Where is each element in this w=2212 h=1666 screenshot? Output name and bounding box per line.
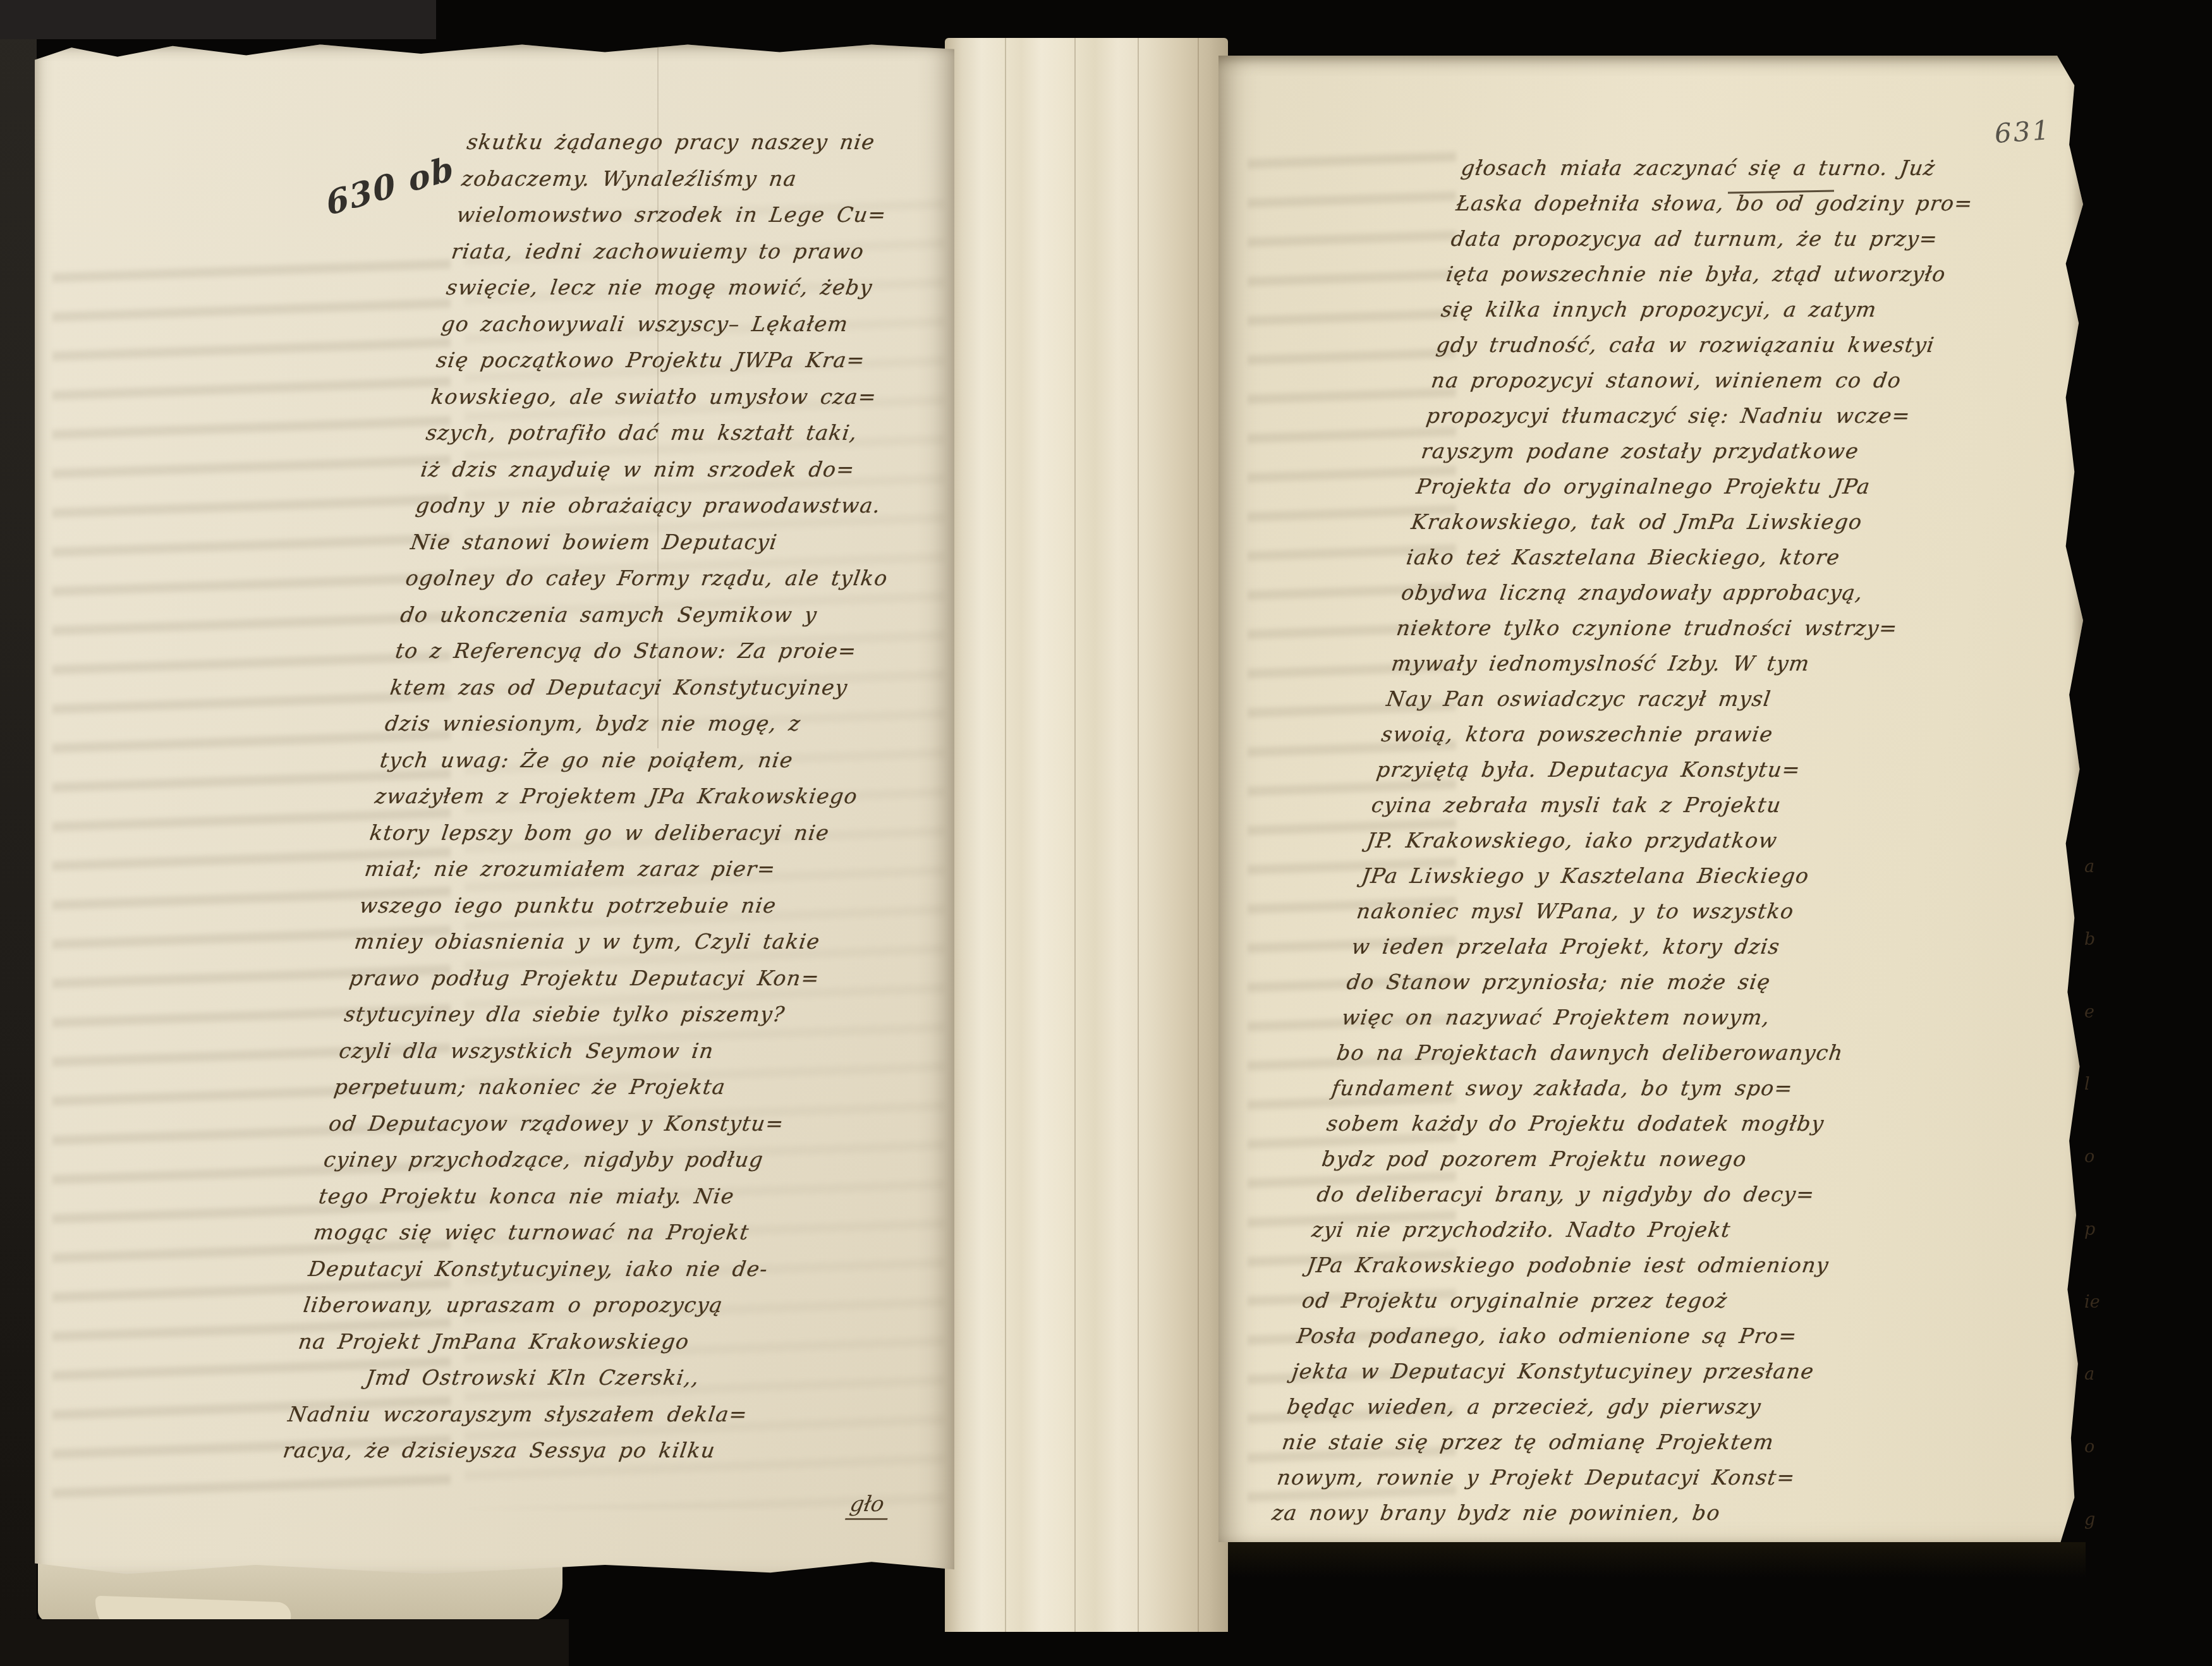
page-number-right: 631 [1993,114,2051,149]
text-line: niektore tylko czynione trudności wstrzy… [1394,611,2019,646]
text-line: ktem zas od Deputacyi Konstytucyiney [388,669,886,706]
text-line: zważyłem z Projektem JPa Krakowskiego [372,778,870,815]
letter-fragment: g [2084,1511,2095,1528]
text-line: na propozycyi stanowi, winienem co do [1429,363,2053,398]
scan-background-left-edge [0,0,37,1666]
text-line: Nie stanowi bowiem Deputacyi [408,524,906,561]
text-line: kowskiego, ale swiatło umysłow cza= [428,379,927,415]
text-line: rayszym podane zostały przydatkowe [1419,434,2043,469]
text-line: Nay Pan oswiadczyc raczył mysl [1384,681,2008,717]
text-line: cyina zebrała mysli tak z Projektu [1369,787,1993,823]
text-line: JP. Krakowskiego, iako przydatkow [1364,823,1989,858]
text-line: zobaczemy. Wynaleźliśmy na [459,161,957,197]
catchword: gło [845,1492,892,1520]
text-line: racya, że dzisieysza Sessya po kilku [281,1432,779,1469]
letter-fragment: o [2084,1148,2094,1165]
text-line: prawo podług Projektu Deputacyi Kon= [347,960,845,997]
gutter-fold-line [1074,38,1076,1632]
text-line: się początkowo Projektu JWPa Kra= [434,342,932,379]
text-line: skutku żądanego pracy naszey nie [465,124,963,161]
text-line: JPa Krakowskiego podobnie iest odmienion… [1304,1248,1929,1283]
text-line: czyli dla wszystkich Seymow in [337,1033,835,1069]
text-line: sobem każdy do Projektu dodatek mogłby [1325,1106,1949,1141]
text-line: do ukonczenia samych Seymikow y [398,597,896,633]
text-line: dzis wniesionym, bydz nie mogę, z [383,705,881,742]
bottom-page-edges [0,1619,569,1666]
text-line: bydz pod pozorem Projektu nowego [1320,1141,1944,1177]
text-line: mniey obiasnienia y w tym, Czyli takie [352,923,850,960]
text-line: wielomowstwo srzodek in Lege Cu= [454,197,952,233]
text-line: Projekta do oryginalnego Projektu JPa [1414,469,2038,504]
text-line: swoią, ktora powszechnie prawie [1379,717,2003,752]
text-line: obydwa liczną znaydowały approbacyą, [1399,575,2024,611]
text-line: miał; nie zrozumiałem zaraz pier= [362,851,860,887]
gutter-fold-line [1005,38,1006,1632]
text-line: stytucyiney dla siebie tylko piszemy? [342,996,840,1033]
text-line: od Projektu oryginalnie przez tegoż [1299,1283,1924,1318]
text-line: ięta powszechnie nie była, ztąd utworzył… [1444,257,2069,292]
book-scan: 630 ob skutku żądanego pracy naszey niez… [0,0,2212,1666]
text-line: iż dzis znayduię w nim srzodek do= [418,451,916,488]
text-line: Jmd Ostrowski Kln Czerski,, [291,1359,789,1396]
text-line: swięcie, lecz nie mogę mowić, żeby [444,269,942,306]
book-gutter [945,38,1228,1632]
text-line: głosach miała zaczynać się a turno. Już [1459,150,2083,186]
text-line: od Deputacyow rządowey y Konstytu= [327,1105,825,1142]
letter-fragment: a [2084,858,2094,875]
text-line: mogąc się więc turnować na Projekt [311,1214,809,1251]
letter-fragment: p [2084,1221,2095,1238]
text-line: Posła podanego, iako odmienione są Pro= [1294,1318,1919,1354]
text-line: do Stanow przyniosła; nie może się [1344,964,1969,1000]
text-line: perpetuum; nakoniec że Projekta [332,1069,830,1105]
letter-fragment: o [2084,1438,2094,1456]
left-page: 630 ob skutku żądanego pracy naszey niez… [35,43,954,1576]
text-line: cyiney przychodzące, nigdyby podług [322,1141,820,1178]
scan-background-top-left [0,0,436,39]
gutter-fold-line [1138,38,1139,1632]
text-line: bo na Projektach dawnych deliberowanych [1334,1035,1959,1071]
text-line: się kilka innych propozycyi, a zatym [1439,292,2063,327]
text-line: więc on nazywać Projektem nowym, [1339,1000,1964,1035]
text-line: w ieden przelała Projekt, ktory dzis [1349,929,1974,964]
text-line: nie staie się przez tę odmianę Projektem [1280,1425,1904,1460]
text-line: riata, iedni zachowuiemy to prawo [449,233,947,270]
text-line: będąc wieden, a przecież, gdy pierwszy [1285,1389,1909,1425]
text-line: ktory lepszy bom go w deliberacyi nie [367,815,865,851]
text-line: mywały iednomyslność Izby. W tym [1389,646,2014,681]
text-line: liberowany, upraszam o propozycyą [301,1287,799,1323]
text-line: nowym, rownie y Projekt Deputacyi Konst= [1275,1460,1899,1495]
text-line: Krakowskiego, tak od JmPa Liwskiego [1409,504,2033,540]
text-line: nakoniec mysl WPana, y to wszystko [1354,894,1979,929]
text-line: na Projekt JmPana Krakowskiego [296,1323,794,1360]
text-line: propozycyi tłumaczyć się: Nadniu wcze= [1424,398,2048,434]
text-line: Nadniu wczorayszym słyszałem dekla= [286,1396,784,1433]
text-line: ogolney do całey Formy rządu, ale tylko [403,560,901,597]
text-line: szych, potrafiło dać mu kształt taki, [423,415,921,451]
text-line: data propozycya ad turnum, że tu przy= [1449,221,2073,257]
text-line: do deliberacyi brany, y nigdyby do decy= [1315,1177,1939,1212]
letter-fragment: l [2084,1076,2090,1093]
text-line: go zachowywali wszyscy– Lękałem [439,306,937,343]
torn-edge-letter-fragments: abelopieaog [2084,858,2112,1528]
text-line: jekta w Deputacyi Konstytucyiney przesła… [1290,1354,1914,1389]
text-line: godny y nie obrażaiący prawodawstwa. [413,487,911,524]
letter-fragment: ie [2084,1294,2100,1311]
gutter-fold-line [1198,38,1199,1632]
text-line: Deputacyi Konstytucyiney, iako nie de- [306,1251,804,1287]
text-line: przyiętą była. Deputacya Konstytu= [1374,752,1998,787]
text-line: za nowy brany bydz nie powinien, bo [1270,1495,1894,1531]
text-line: zyi nie przychodziło. Nadto Projekt [1310,1212,1934,1248]
letter-fragment: b [2084,931,2095,948]
page-number-left: 630 ob [324,149,458,223]
text-line: tego Projektu konca nie miały. Nie [317,1178,815,1215]
text-line: iako też Kasztelana Bieckiego, ktore [1404,540,2029,575]
text-line: JPa Liwskiego y Kasztelana Bieckiego [1359,858,1984,894]
letter-fragment: a [2084,1366,2094,1383]
letter-fragment: e [2084,1004,2094,1021]
text-line: wszego iego punktu potrzebuie nie [357,887,855,924]
text-line: gdy trudność, cała w rozwiązaniu kwestyi [1434,327,2058,363]
bottom-right-page-edge [1220,1542,2086,1586]
text-line: tych uwag: Że go nie poiąłem, nie [378,742,876,779]
right-page: 631 głosach miała zaczynać się a turno. … [1218,56,2083,1542]
text-line: to z Referencyą do Stanow: Za proie= [393,633,891,669]
text-line: fundament swoy zakłada, bo tym spo= [1330,1071,1954,1106]
